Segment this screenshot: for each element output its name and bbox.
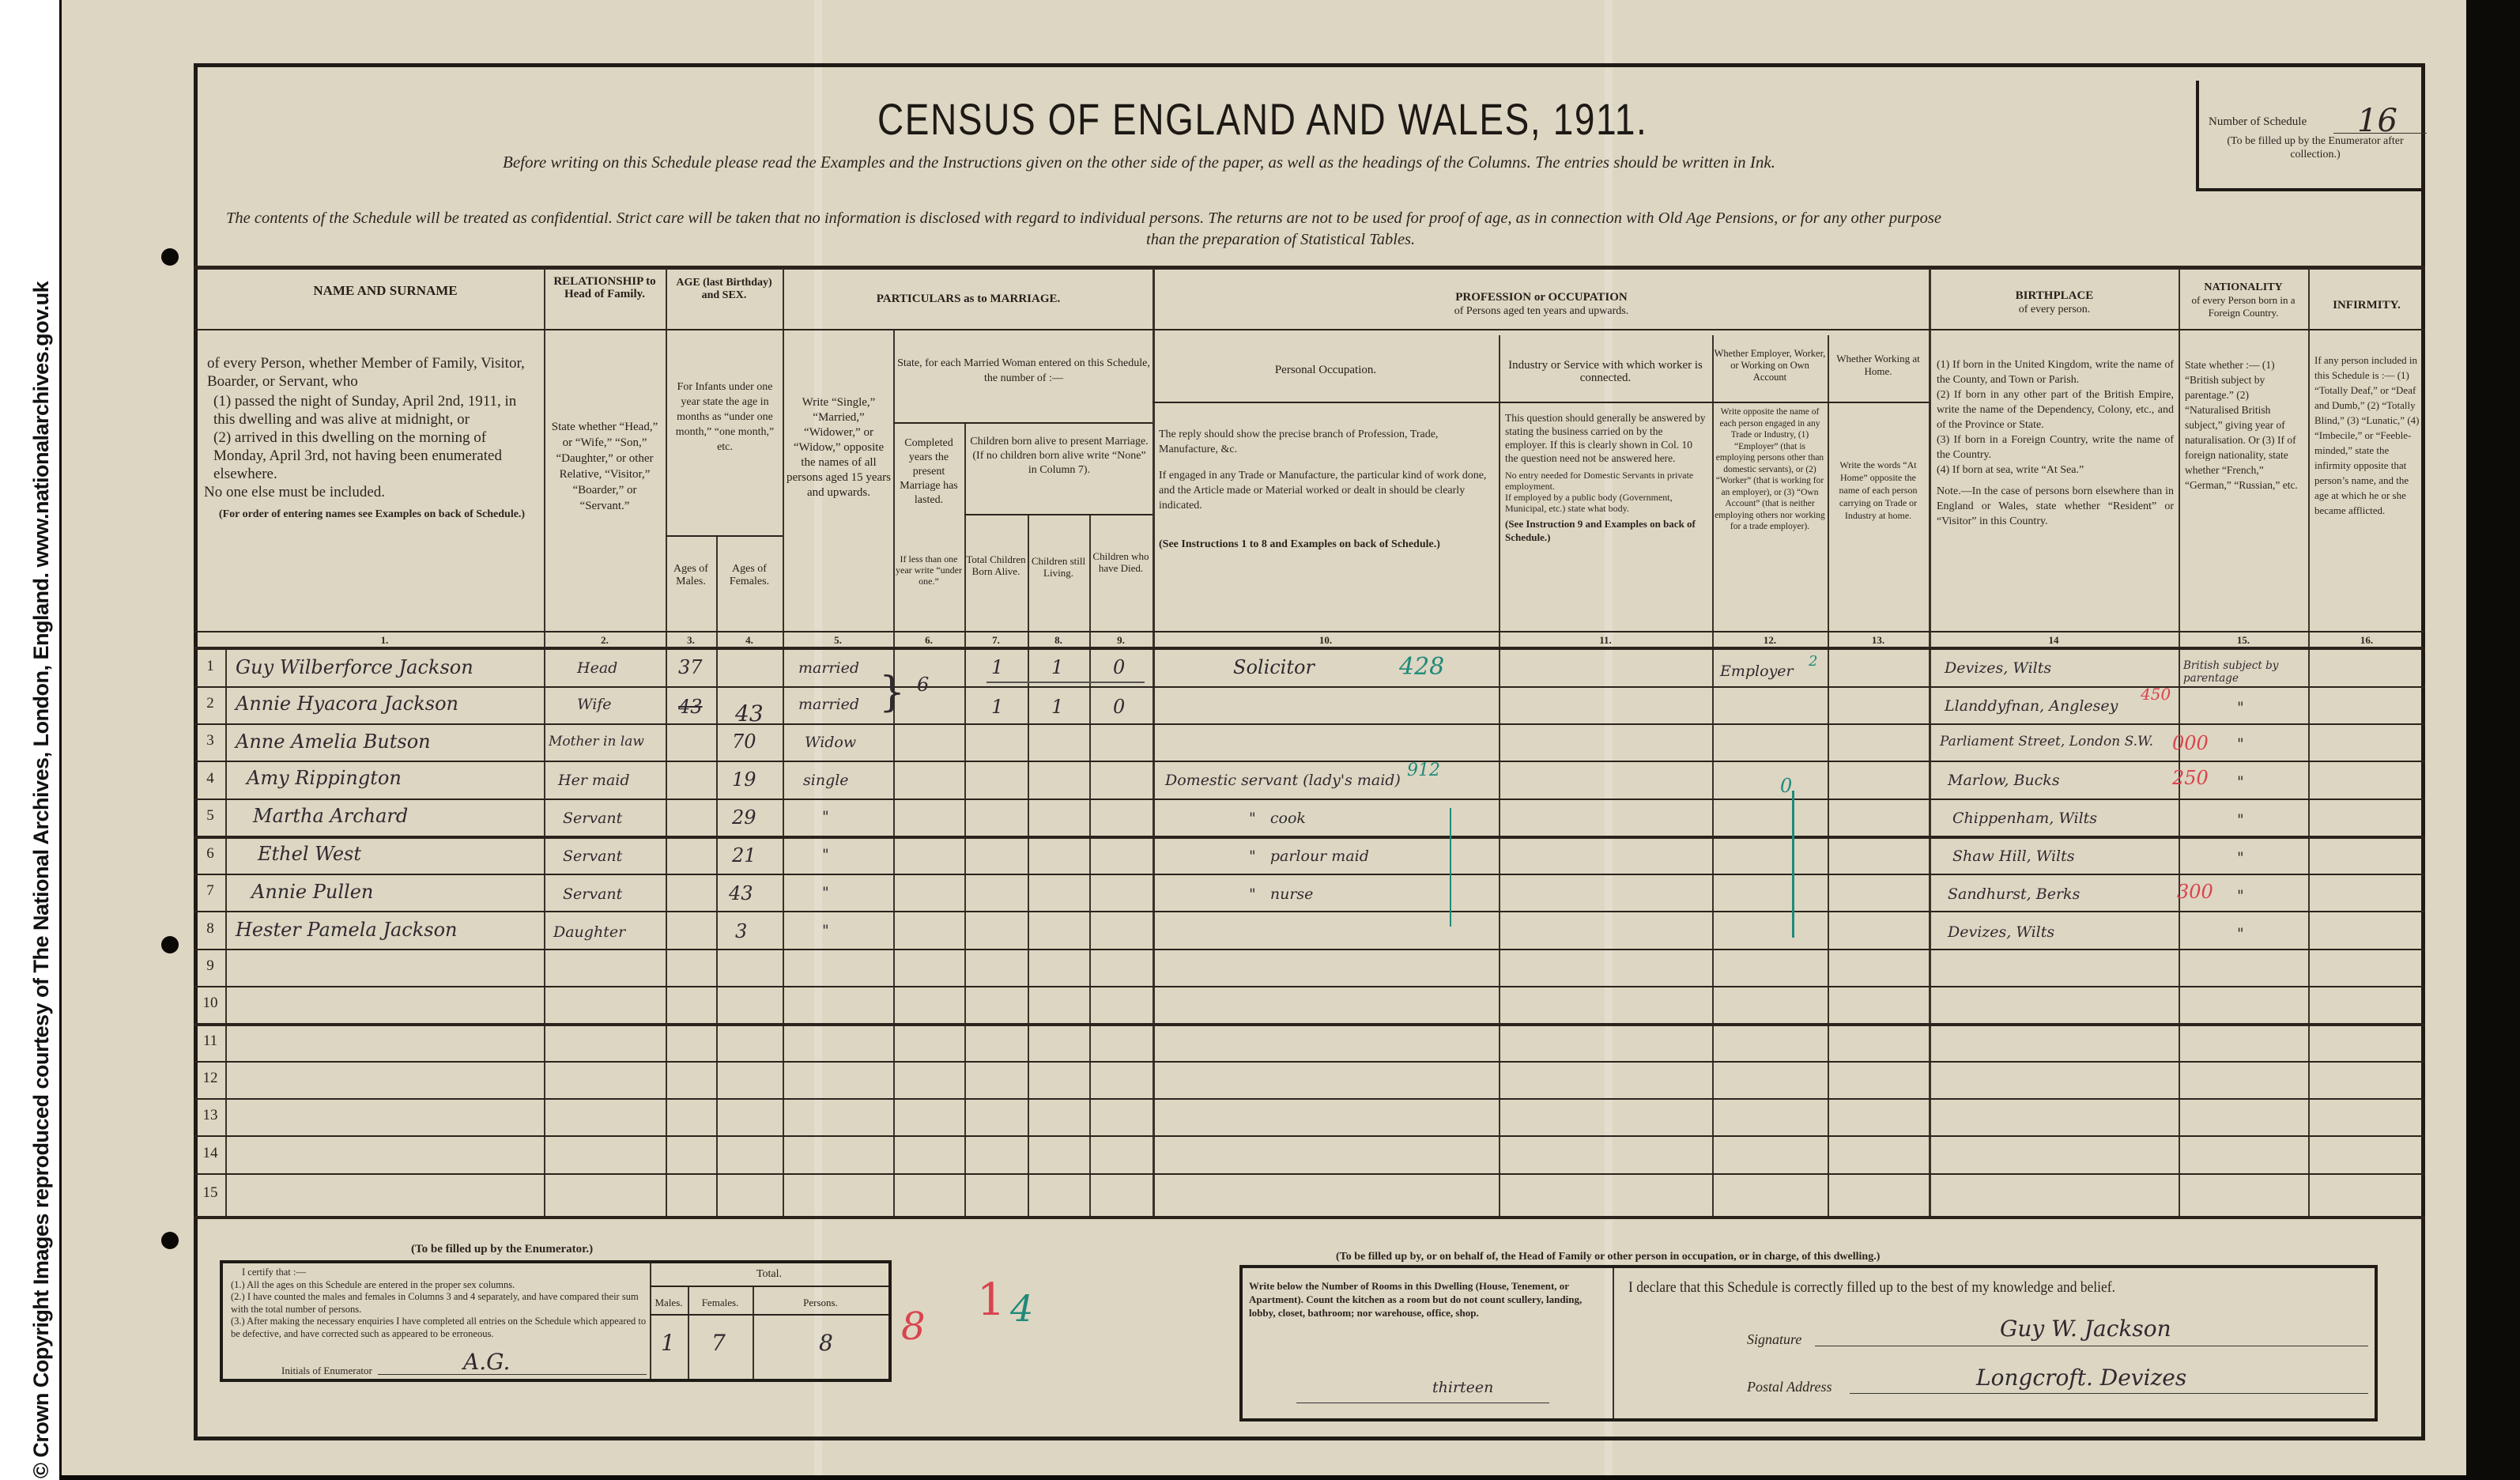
col-header-age: AGE (last Birthday) and SEX.: [667, 277, 781, 302]
col-header-name: NAME AND SURNAME: [229, 285, 541, 297]
cell-occupation[interactable]: Domestic servant (lady's maid): [1165, 772, 1401, 789]
address-value[interactable]: Longcroft. Devizes: [1976, 1365, 2186, 1391]
initials-label: Initials of Enumerator: [281, 1365, 372, 1377]
cell-employer-code: 2: [1809, 653, 1817, 670]
cell-occupation-code: 428: [1399, 653, 1444, 681]
col-header-occupation: PROFESSION or OCCUPATION: [1154, 291, 1929, 304]
cell-relationship[interactable]: Servant: [563, 810, 622, 827]
certify-lead: I certify that :—: [231, 1267, 650, 1279]
cell-nationality[interactable]: ": [2237, 849, 2244, 866]
cell-relationship[interactable]: Wife: [577, 696, 612, 713]
cell-name[interactable]: Anne Amelia Butson: [236, 731, 431, 753]
col-number: 15.: [2179, 634, 2308, 647]
col-header-birthplace: BIRTHPLACE: [1932, 289, 2177, 302]
cell-condition[interactable]: single: [803, 772, 849, 789]
col-children-header: Children born alive to present Marriage.…: [968, 435, 1151, 478]
col-header-infirmity: INFIRMITY.: [2310, 299, 2424, 311]
col-industry-body-2: No entry needed for Domestic Servants in…: [1505, 470, 1707, 492]
col-divider: [1028, 514, 1029, 1218]
col-marriage-condition: Write “Single,” “Married,” “Widower,” or…: [786, 395, 892, 500]
row-number: 7: [196, 882, 224, 900]
cell-birthplace-code: 450: [2141, 685, 2171, 704]
cell-birthplace[interactable]: Devizes, Wilts: [1948, 923, 2054, 941]
col-header-males: Ages of Males.: [667, 563, 715, 588]
strike-line: [986, 681, 1145, 683]
cell-age-male-struck[interactable]: 43: [678, 696, 703, 718]
cell-condition[interactable]: ": [822, 808, 829, 825]
col-children-died: Children who have Died.: [1091, 550, 1151, 574]
certify-item-1: (1.) All the ages on this Schedule are e…: [231, 1279, 650, 1292]
cell-occupation[interactable]: " cook: [1249, 810, 1306, 827]
col-industry-body-3: If employed by a public body (Government…: [1505, 492, 1707, 514]
row-number: 8: [196, 920, 224, 938]
householder-heading: (To be filled up by, or on behalf of, th…: [1336, 1251, 1880, 1263]
col-name-order-note: (For order of entering names see Example…: [204, 508, 540, 521]
initials-value[interactable]: A.G.: [463, 1349, 510, 1375]
header-rule: [194, 266, 2425, 270]
col-name-note: No one else must be included.: [204, 483, 540, 501]
cell-birthplace[interactable]: Devizes, Wilts: [1945, 659, 2051, 677]
copyright-strip: © Crown Copyright Images reproduced cour…: [0, 0, 59, 1480]
row-number: 10: [196, 995, 224, 1012]
marriage-brace: }: [879, 669, 905, 716]
total-males[interactable]: 1: [661, 1330, 675, 1356]
cell-condition[interactable]: married: [798, 659, 859, 677]
col-divider: [544, 269, 545, 1218]
subheader-rule: [194, 329, 2425, 330]
cell-nationality[interactable]: ": [2237, 773, 2244, 791]
cell-age-female[interactable]: 3: [735, 920, 747, 942]
col-marriage-years: Completed years the present Marriage has…: [895, 436, 963, 508]
cell-total-born[interactable]: 1: [991, 696, 1003, 718]
col-birthplace-description: (1) If born in the United Kingdom, write…: [1937, 357, 2174, 529]
row-number: 1: [196, 658, 224, 675]
cell-name[interactable]: Annie Hyacora Jackson: [236, 693, 458, 715]
col-relationship-body: State whether “Head,” or “Wife,” “Son,” …: [547, 419, 662, 514]
subheader-rule: [194, 647, 2425, 650]
col-number: 1.: [225, 634, 544, 647]
cell-occupation[interactable]: " parlour maid: [1249, 848, 1369, 865]
col-personal-body-2: If engaged in any Trade or Manufacture, …: [1159, 468, 1494, 513]
col-occupation-subtitle: of Persons aged ten years and upwards.: [1154, 305, 1929, 318]
rooms-underline: [1296, 1403, 1549, 1403]
cell-name[interactable]: Amy Rippington: [247, 767, 402, 789]
col-employer-body: Write opposite the name of each person e…: [1714, 406, 1826, 533]
col-header-females: Ages of Females.: [718, 563, 781, 588]
punch-hole: [161, 248, 179, 266]
instruction-line: Before writing on this Schedule please r…: [503, 153, 1775, 172]
cell-living[interactable]: 1: [1051, 656, 1063, 678]
row-number: 11: [196, 1033, 224, 1050]
col-number: 5.: [783, 634, 893, 647]
col-divider: [225, 648, 227, 1218]
col-birthplace-note: Note.—In the case of persons born elsewh…: [1937, 484, 2174, 529]
col-number: 9.: [1089, 634, 1152, 647]
cell-relationship[interactable]: Daughter: [553, 923, 625, 941]
cell-years-married[interactable]: 6: [917, 674, 929, 696]
row-number: 9: [196, 957, 224, 975]
subheader-rule: [1152, 402, 1929, 403]
cell-died[interactable]: 0: [1113, 656, 1125, 678]
col-birthplace-body-4: (4) If born at sea, write “At Sea.”: [1937, 462, 2174, 478]
col-divider: [1152, 269, 1155, 1218]
col-number: 16.: [2308, 634, 2425, 647]
col-divider: [1828, 335, 1829, 1218]
cell-nationality[interactable]: ": [2237, 699, 2244, 716]
col-industry-body-4: (See Instruction 9 and Examples on back …: [1505, 517, 1707, 544]
col-header-personal-occupation: Personal Occupation.: [1154, 364, 1497, 376]
col-number: 10.: [1152, 634, 1499, 647]
address-label: Postal Address: [1747, 1379, 1832, 1395]
cell-occupation-code: 912: [1407, 761, 1440, 780]
total-persons[interactable]: 8: [819, 1330, 833, 1356]
cell-relationship[interactable]: Servant: [563, 848, 622, 865]
cell-birthplace[interactable]: Sandhurst, Berks: [1948, 885, 2080, 903]
cell-relationship[interactable]: Head: [577, 659, 617, 677]
col-header-industry: Industry or Service with which worker is…: [1500, 359, 1711, 384]
subheader-rule: [666, 535, 783, 537]
householder-divider: [1613, 1268, 1614, 1418]
col-divider: [666, 269, 667, 1218]
cell-total-born[interactable]: 1: [991, 656, 1003, 678]
cell-nationality[interactable]: ": [2237, 735, 2244, 753]
teal-pencil-mark: 4: [1010, 1287, 1033, 1330]
col-name-item1: (1) passed the night of Sunday, April 2n…: [204, 392, 540, 429]
cell-condition[interactable]: married: [798, 696, 859, 713]
col-nationality-subtitle: of every Person born in a Foreign Countr…: [2180, 294, 2307, 319]
col-number: 3.: [666, 634, 716, 647]
signature-label: Signature: [1747, 1331, 1801, 1348]
persons-label: Persons.: [753, 1297, 888, 1309]
col-divider: [783, 269, 784, 1218]
col-name-item2: (2) arrived in this dwelling on the morn…: [204, 429, 540, 483]
col-birthplace-body-3: (3) If born in a Foreign Country, write …: [1937, 432, 2174, 462]
col-children-living: Children still Living.: [1029, 555, 1088, 579]
declaration-text: I declare that this Schedule is correctl…: [1628, 1279, 2115, 1297]
col-number: 11.: [1499, 634, 1712, 647]
col-header-marriage: PARTICULARS as to MARRIAGE.: [784, 293, 1152, 305]
cell-age-female[interactable]: 43: [735, 700, 764, 727]
cell-condition[interactable]: Widow: [805, 734, 856, 751]
row-number: 2: [196, 695, 224, 712]
subheader-rule: [893, 422, 1152, 424]
col-personal-description: The reply should show the precise branch…: [1159, 427, 1494, 552]
col-personal-body-1: The reply should show the precise branch…: [1159, 427, 1494, 457]
cell-living[interactable]: 1: [1051, 696, 1063, 718]
col-birthplace-subtitle: of every person.: [1932, 304, 2177, 316]
confidential-line-2: than the preparation of Statistical Tabl…: [1146, 231, 1415, 249]
col-marriage-years-note: If less than one year write “under one.”: [895, 553, 963, 587]
total-females[interactable]: 7: [711, 1330, 726, 1356]
col-number: 13.: [1828, 634, 1929, 647]
address-underline: [1850, 1393, 2368, 1394]
col-age-body: For Infants under one year state the age…: [669, 379, 781, 455]
males-label: Males.: [650, 1297, 688, 1309]
cell-name[interactable]: Guy Wilberforce Jackson: [236, 656, 473, 678]
col-header-nationality: NATIONALITY: [2180, 281, 2307, 294]
teal-check-line: [1792, 791, 1794, 938]
copyright-text: © Crown Copyright Images reproduced cour…: [29, 281, 54, 1478]
totals-rule: [650, 1286, 888, 1287]
subheader-rule: [964, 514, 1152, 515]
row-number: 6: [196, 845, 224, 863]
cell-condition[interactable]: ": [822, 884, 829, 901]
cell-name[interactable]: Hester Pamela Jackson: [236, 919, 458, 941]
cell-birthplace-code: 300: [2177, 881, 2213, 903]
cell-nationality[interactable]: ": [2237, 925, 2244, 942]
row-number: 5: [196, 807, 224, 825]
col-header-relationship: RELATIONSHIP to Head of Family.: [545, 275, 664, 300]
row-number: 12: [196, 1070, 224, 1087]
row-number: 13: [196, 1107, 224, 1124]
col-industry-body-1: This question should generally be answer…: [1505, 411, 1707, 465]
page-title: CENSUS OF ENGLAND AND WALES, 1911.: [877, 93, 1647, 145]
cell-employer-code: 0: [1780, 775, 1792, 797]
punch-hole: [161, 1232, 179, 1249]
red-pencil-stroke: 1: [977, 1274, 1005, 1326]
cell-nationality[interactable]: ": [2237, 887, 2244, 904]
col-children-total: Total Children Born Alive.: [966, 553, 1026, 577]
cell-relationship[interactable]: Mother in law: [549, 734, 644, 749]
cell-name[interactable]: Martha Archard: [253, 805, 408, 827]
cell-birthplace[interactable]: Marlow, Bucks: [1948, 772, 2060, 789]
cell-occupation[interactable]: " nurse: [1249, 885, 1313, 903]
col-birthplace-body-2: (2) If born in any other part of the Bri…: [1937, 387, 2174, 432]
col-birthplace-body-1: (1) If born in the United Kingdom, write…: [1937, 357, 2174, 387]
col-divider: [1929, 269, 1931, 1218]
row-number: 14: [196, 1145, 224, 1162]
enumerator-certify-text: I certify that :— (1.) All the ages on t…: [231, 1267, 650, 1340]
cell-birthplace-code: 000: [2172, 732, 2209, 754]
col-number: 8.: [1028, 634, 1089, 647]
enumerator-heading: (To be filled up by the Enumerator.): [411, 1243, 593, 1256]
cell-birthplace[interactable]: Chippenham, Wilts: [1952, 810, 2097, 827]
col-nationality-body: State whether :— (1) “British subject by…: [2185, 357, 2303, 493]
col-name-description: of every Person, whether Member of Famil…: [204, 354, 540, 521]
cell-name[interactable]: Annie Pullen: [251, 881, 373, 903]
rooms-instructions: Write below the Number of Rooms in this …: [1249, 1279, 1605, 1320]
rooms-value[interactable]: thirteen: [1432, 1379, 1493, 1396]
females-label: Females.: [688, 1297, 753, 1309]
col-name-body: of every Person, whether Member of Famil…: [204, 354, 540, 391]
totals-label: Total.: [650, 1268, 888, 1281]
cell-nationality[interactable]: British subject by parentage: [2183, 659, 2302, 685]
col-divider: [1089, 514, 1091, 1218]
teal-check-line: [1450, 808, 1451, 927]
cell-employer[interactable]: Employer: [1720, 663, 1794, 680]
cell-birthplace[interactable]: Parliament Street, London S.W.: [1940, 734, 2153, 749]
col-header-employer: Whether Employer, Worker, or Working on …: [1714, 348, 1826, 383]
cell-birthplace[interactable]: Shaw Hill, Wilts: [1952, 848, 2075, 865]
cell-age-male[interactable]: 37: [678, 656, 703, 678]
col-number: 7.: [964, 634, 1028, 647]
col-number: 14: [1929, 634, 2179, 647]
row-number: 3: [196, 732, 224, 749]
cell-age-female[interactable]: 70: [732, 731, 756, 753]
col-marriage-state: State, for each Married Woman entered on…: [896, 356, 1151, 386]
schedule-number-note: (To be filled up by the Enumerator after…: [2209, 134, 2422, 161]
col-number: 2.: [544, 634, 666, 647]
col-home-body: Write the words “At Home” opposite the n…: [1831, 459, 1926, 522]
col-divider: [1499, 335, 1500, 1218]
subheader-rule: [194, 631, 2425, 632]
cell-age-female[interactable]: 19: [732, 768, 756, 791]
row-number: 15: [196, 1184, 224, 1202]
cell-died[interactable]: 0: [1113, 696, 1125, 718]
schedule-number-label: Number of Schedule: [2209, 115, 2307, 129]
certify-item-3: (3.) After making the necessary enquirie…: [231, 1316, 650, 1340]
punch-hole: [161, 936, 179, 953]
row-number: 4: [196, 770, 224, 787]
cell-age-female[interactable]: 21: [732, 844, 756, 866]
signature-value[interactable]: Guy W. Jackson: [2000, 1316, 2171, 1342]
cell-birthplace-code: 250: [2172, 767, 2209, 789]
schedule-number-box: Number of Schedule 16 (To be filled up b…: [2196, 81, 2425, 191]
cell-relationship[interactable]: Servant: [563, 885, 622, 903]
col-divider: [2308, 269, 2310, 1218]
cell-relationship[interactable]: Her maid: [558, 772, 630, 789]
cell-condition[interactable]: ": [822, 922, 829, 939]
col-personal-body-3: (See Instructions 1 to 8 and Examples on…: [1159, 537, 1494, 552]
col-header-home: Whether Working at Home.: [1829, 353, 1927, 378]
cell-nationality[interactable]: ": [2237, 811, 2244, 829]
col-number: 12.: [1712, 634, 1828, 647]
col-number: 6.: [893, 634, 964, 647]
red-pencil-mark: 8: [901, 1304, 926, 1349]
confidential-line: The contents of the Schedule will be tre…: [226, 210, 1941, 228]
schedule-frame: [194, 63, 2425, 1440]
cell-age-female[interactable]: 43: [729, 882, 753, 904]
cell-birthplace[interactable]: Llanddyfnan, Anglesey: [1945, 697, 2118, 715]
cell-name[interactable]: Ethel West: [258, 843, 361, 865]
initials-underline: [378, 1374, 647, 1375]
col-infirmity-body: If any person included in this Schedule …: [2314, 353, 2420, 518]
cell-condition[interactable]: ": [822, 846, 829, 863]
col-industry-description: This question should generally be answer…: [1505, 411, 1707, 544]
signature-underline: [1815, 1346, 2368, 1346]
cell-occupation[interactable]: Solicitor: [1233, 656, 1315, 678]
totals-rule: [650, 1314, 888, 1316]
cell-age-female[interactable]: 29: [732, 806, 756, 829]
col-number: 4.: [716, 634, 783, 647]
certify-item-2: (2.) I have counted the males and female…: [231, 1291, 650, 1316]
